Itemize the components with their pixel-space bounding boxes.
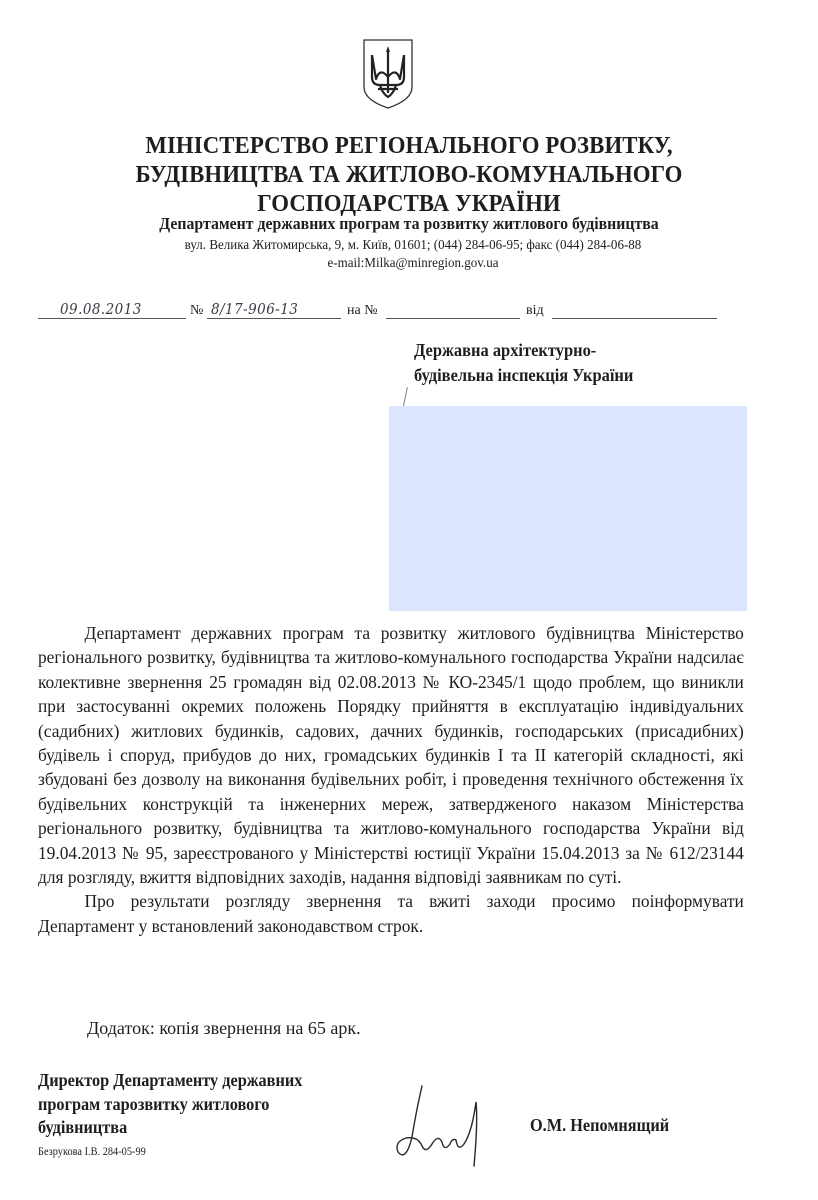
signatory-title-line-1: Директор Департаменту державних [38,1069,302,1093]
outgoing-number-value: 8/17-906-13 [211,300,298,318]
reply-to-number-label: на № [347,303,378,325]
signatory-title-line-3: будівництва [38,1116,302,1140]
executor-contact: Безрукова І.В. 284-05-99 [38,1146,146,1158]
recipient-block: Державна архітектурно- будівельна інспек… [414,338,633,388]
reply-to-number-field [386,300,520,319]
recipient-line-2: будівельна інспекція України [414,363,633,388]
signer-name: О.М. Непомнящий [530,1115,669,1136]
outgoing-date-field: 09.08.2013 [38,300,186,319]
reply-to-date-field [552,300,717,319]
email-line: e-mail:Milka@minregion.gov.ua [92,256,734,272]
redaction-box [389,406,747,611]
outgoing-date-value: 09.08.2013 [60,300,142,318]
coat-of-arms-icon [360,37,416,110]
ministry-name-line-2: БУДІВНИЦТВА ТА ЖИТЛОВО-КОМУНАЛЬНОГО [29,161,790,189]
recipient-line-1: Державна архітектурно- [414,338,633,363]
handwritten-signature-icon [392,1082,488,1168]
signatory-title-line-2: програм тарозвитку житлового [38,1093,302,1117]
letter-body: Департамент державних програм та розвитк… [38,621,744,938]
address-line: вул. Велика Житомирська, 9, м. Київ, 016… [92,238,734,254]
signatory-title: Директор Департаменту державних програм … [38,1069,302,1140]
reply-to-date-label: від [526,303,544,325]
ministry-name-line-1: МІНІСТЕРСТВО РЕГІОНАЛЬНОГО РОЗВИТКУ, [29,132,790,160]
outgoing-number-field: 8/17-906-13 [207,300,341,319]
department-name: Департамент державних програм та розвитк… [29,214,790,234]
body-paragraph-1: Департамент державних програм та розвитк… [38,621,744,889]
attachment-note: Додаток: копія звернення на 65 арк. [87,1018,361,1039]
body-paragraph-2: Про результати розгляду звернення та вжи… [38,889,744,938]
outgoing-number-label: № [190,303,203,325]
